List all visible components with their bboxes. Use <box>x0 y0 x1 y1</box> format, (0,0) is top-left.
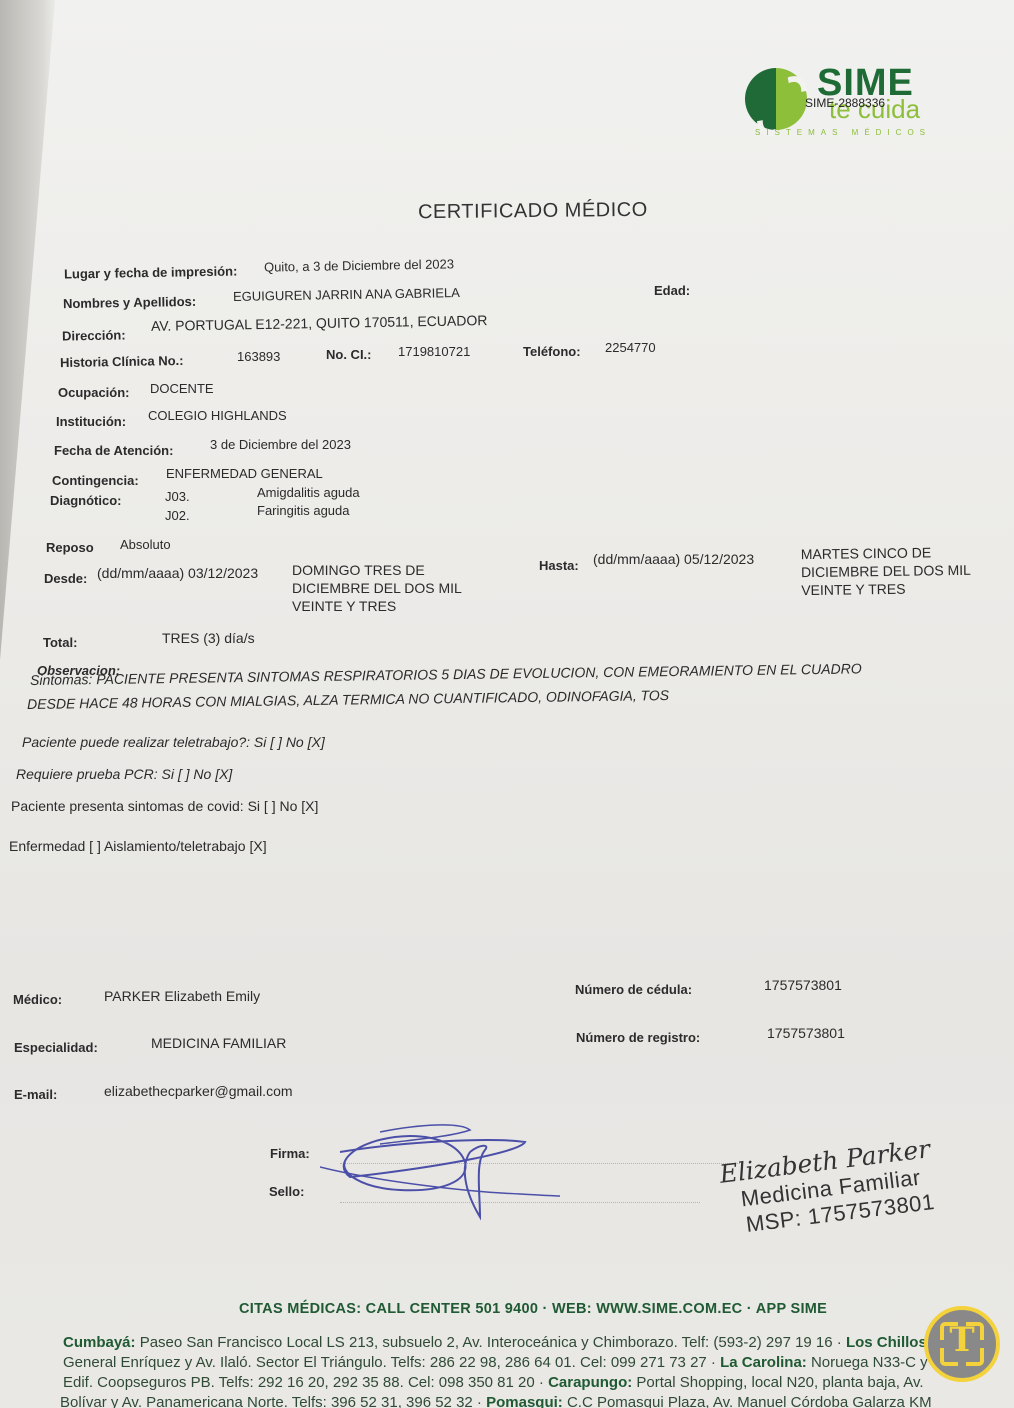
hasta-value: (dd/mm/aaaa) 05/12/2023 <box>593 551 754 567</box>
medico-label: Médico: <box>13 992 62 1007</box>
institucion-value: COLEGIO HIGHLANDS <box>148 408 287 423</box>
telefono-label: Teléfono: <box>523 344 581 359</box>
footer-line-2: General Enríquez y Av. Ilaló. Sector El … <box>63 1354 928 1371</box>
diagnostico-desc-1: Amigdalitis aguda <box>257 485 360 500</box>
lugar-fecha-label: Lugar y fecha de impresión: <box>64 263 238 281</box>
reposo-label: Reposo <box>46 540 94 555</box>
hasta-label: Hasta: <box>539 558 579 573</box>
especialidad-label: Especialidad: <box>14 1040 98 1055</box>
edad-label: Edad: <box>654 283 690 298</box>
firma-label: Firma: <box>270 1146 310 1161</box>
medico-value: PARKER Elizabeth Emily <box>104 988 260 1004</box>
institucion-label: Institución: <box>56 414 126 429</box>
covid-question: Paciente presenta sintomas de covid: Si … <box>11 798 318 814</box>
teletrabajo-question: Paciente puede realizar teletrabajo?: Si… <box>22 734 325 750</box>
ocupacion-value: DOCENTE <box>150 381 214 396</box>
sime-logo: SIME te cuida SIME-2888336 SISTEMAS MÉDI… <box>745 66 945 141</box>
doctor-stamp: Elizabeth Parker Medicina Familiar MSP: … <box>718 1134 938 1240</box>
ci-value: 1719810721 <box>398 344 470 359</box>
nombres-value: EGUIGUREN JARRIN ANA GABRIELA <box>233 285 460 304</box>
especialidad-value: MEDICINA FAMILIAR <box>151 1035 286 1051</box>
yin-yang-logo-icon <box>745 68 807 130</box>
observacion-line-1: Sintomas: PACIENTE PRESENTA SINTOMAS RES… <box>30 660 862 688</box>
cedula-value: 1757573801 <box>764 977 842 993</box>
telefono-value: 2254770 <box>605 340 656 355</box>
registro-label: Número de registro: <box>576 1030 700 1045</box>
desde-text: DOMINGO TRES DE DICIEMBRE DEL DOS MIL VE… <box>292 561 462 615</box>
text-scan-icon: T <box>928 1320 996 1360</box>
enfermedad-aislamiento: Enfermedad [ ] Aislamiento/teletrabajo [… <box>9 838 267 854</box>
logo-subtitle: SISTEMAS MÉDICOS <box>755 128 931 137</box>
footer-line-4: Bolívar y Av. Panamericana Norte. Telfs:… <box>60 1394 932 1408</box>
reposo-value: Absoluto <box>120 537 171 552</box>
direccion-label: Dirección: <box>62 327 126 343</box>
text-scan-button[interactable]: T <box>924 1306 1000 1382</box>
direccion-value: AV. PORTUGAL E12-221, QUITO 170511, ECUA… <box>151 312 488 334</box>
diagnostico-desc-2: Faringitis aguda <box>257 503 350 518</box>
certificate-page: SIME te cuida SIME-2888336 SISTEMAS MÉDI… <box>0 0 1014 1408</box>
registro-value: 1757573801 <box>767 1025 845 1041</box>
total-value: TRES (3) día/s <box>162 630 255 646</box>
ci-label: No. CI.: <box>326 347 372 362</box>
hasta-text: MARTES CINCO DE DICIEMBRE DEL DOS MIL VE… <box>801 543 972 599</box>
sello-label: Sello: <box>269 1184 304 1199</box>
fecha-atencion-value: 3 de Diciembre del 2023 <box>210 437 351 452</box>
historia-value: 163893 <box>237 349 280 364</box>
nombres-label: Nombres y Apellidos: <box>63 294 196 311</box>
diagnostico-label: Diagnótico: <box>50 493 122 508</box>
email-label: E-mail: <box>14 1087 57 1102</box>
pcr-question: Requiere prueba PCR: Si [ ] No [X] <box>16 766 232 782</box>
cedula-label: Número de cédula: <box>575 982 692 997</box>
observacion-line-2: DESDE HACE 48 HORAS CON MIALGIAS, ALZA T… <box>27 687 669 712</box>
document-title: CERTIFICADO MÉDICO <box>418 199 648 224</box>
contingencia-label: Contingencia: <box>52 473 139 488</box>
desde-label: Desde: <box>44 571 87 586</box>
logo-code: SIME-2888336 <box>805 96 885 110</box>
ocupacion-label: Ocupación: <box>58 385 130 400</box>
desde-value: (dd/mm/aaaa) 03/12/2023 <box>97 565 258 581</box>
footer-line-3: Edif. Coopseguros PB. Telfs: 292 16 20, … <box>63 1374 924 1391</box>
footer-line-1: Cumbayá: Paseo San Francisco Local LS 21… <box>63 1334 927 1351</box>
contingencia-value: ENFERMEDAD GENERAL <box>166 466 323 481</box>
fecha-atencion-label: Fecha de Atención: <box>54 443 173 458</box>
lugar-fecha-value: Quito, a 3 de Diciembre del 2023 <box>264 256 454 274</box>
email-value: elizabethecparker@gmail.com <box>104 1083 293 1099</box>
historia-label: Historia Clínica No.: <box>60 353 184 370</box>
diagnostico-code-1: J03. <box>165 489 190 504</box>
signature-scribble <box>320 1122 560 1222</box>
total-label: Total: <box>43 635 77 650</box>
diagnostico-code-2: J02. <box>165 508 190 523</box>
footer-headline: CITAS MÉDICAS: CALL CENTER 501 9400 · WE… <box>239 1301 827 1317</box>
